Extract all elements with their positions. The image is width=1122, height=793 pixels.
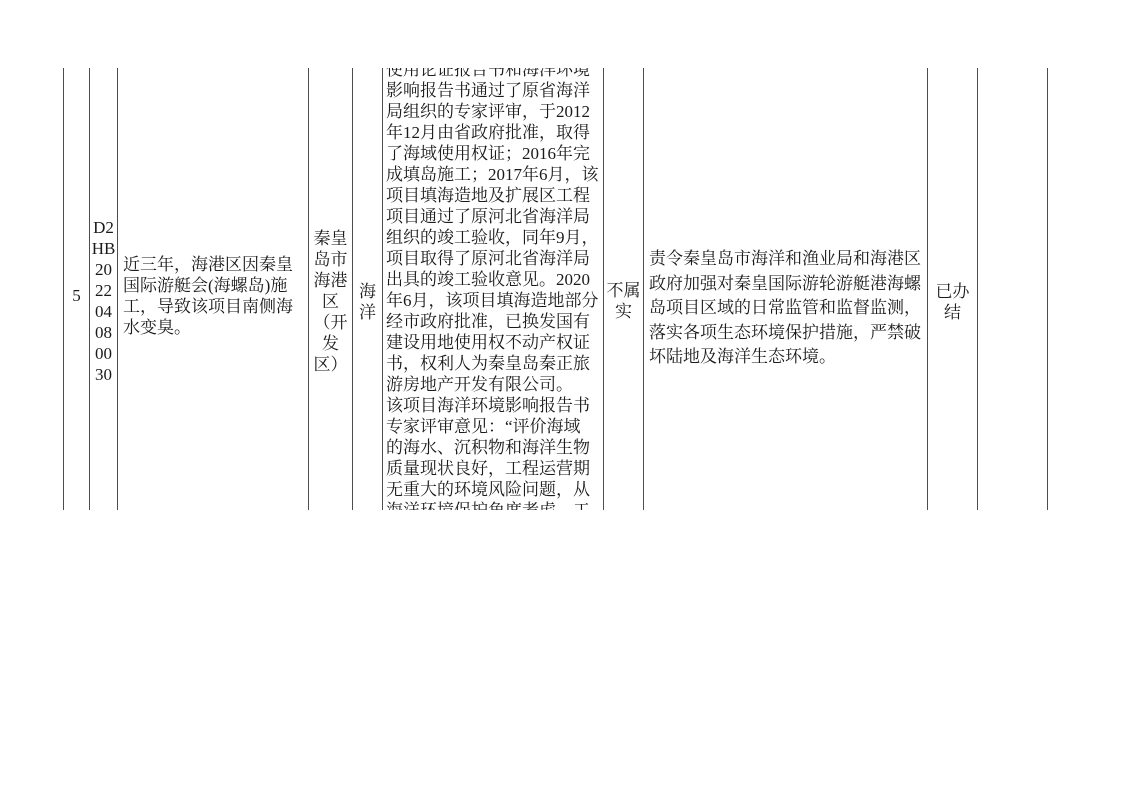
verification-result-cell: 不属 实 xyxy=(603,68,643,510)
complaint-description: 近三年，海港区因秦皇 国际游艇会(海螺岛)施 工，导致该项目南侧海 水变臭。 xyxy=(118,254,308,338)
investigation-text: 使用论证报告书和海洋环境 影响报告书通过了原省海洋 局组织的专家评审，于2012… xyxy=(383,68,603,510)
seq-number: 5 xyxy=(64,285,89,306)
pollution-type: 海 洋 xyxy=(353,281,382,323)
investigation-cell: 使用论证报告书和海洋环境 影响报告书通过了原省海洋 局组织的专家评审，于2012… xyxy=(382,68,603,510)
document-page: 5 D2 HB 20 22 04 08 00 30 近三年，海港区因秦皇 国际游… xyxy=(0,0,1122,793)
complaint-description-cell: 近三年，海港区因秦皇 国际游艇会(海螺岛)施 工，导致该项目南侧海 水变臭。 xyxy=(117,68,308,510)
handling-action-cell: 责令秦皇岛市海洋和渔业局和海港区 政府加强对秦皇国际游轮游艇港海螺 岛项目区域的… xyxy=(643,68,927,510)
verification-result: 不属 实 xyxy=(604,280,643,322)
case-code: D2 HB 20 22 04 08 00 30 xyxy=(90,217,117,385)
complaint-table-row-fragment: 5 D2 HB 20 22 04 08 00 30 近三年，海港区因秦皇 国际游… xyxy=(63,68,1048,510)
status-text: 已办 结 xyxy=(928,281,977,323)
case-code-cell: D2 HB 20 22 04 08 00 30 xyxy=(89,68,117,510)
region-cell: 秦皇 岛市 海港 区 （开 发 区） xyxy=(308,68,352,510)
status-cell: 已办 结 xyxy=(927,68,977,510)
region-name: 秦皇 岛市 海港 区 （开 发 区） xyxy=(309,228,352,375)
empty-cell xyxy=(977,68,1048,510)
pollution-type-cell: 海 洋 xyxy=(352,68,382,510)
handling-action-text: 责令秦皇岛市海洋和渔业局和海港区 政府加强对秦皇国际游轮游艇港海螺 岛项目区域的… xyxy=(644,247,927,370)
seq-cell: 5 xyxy=(63,68,89,510)
